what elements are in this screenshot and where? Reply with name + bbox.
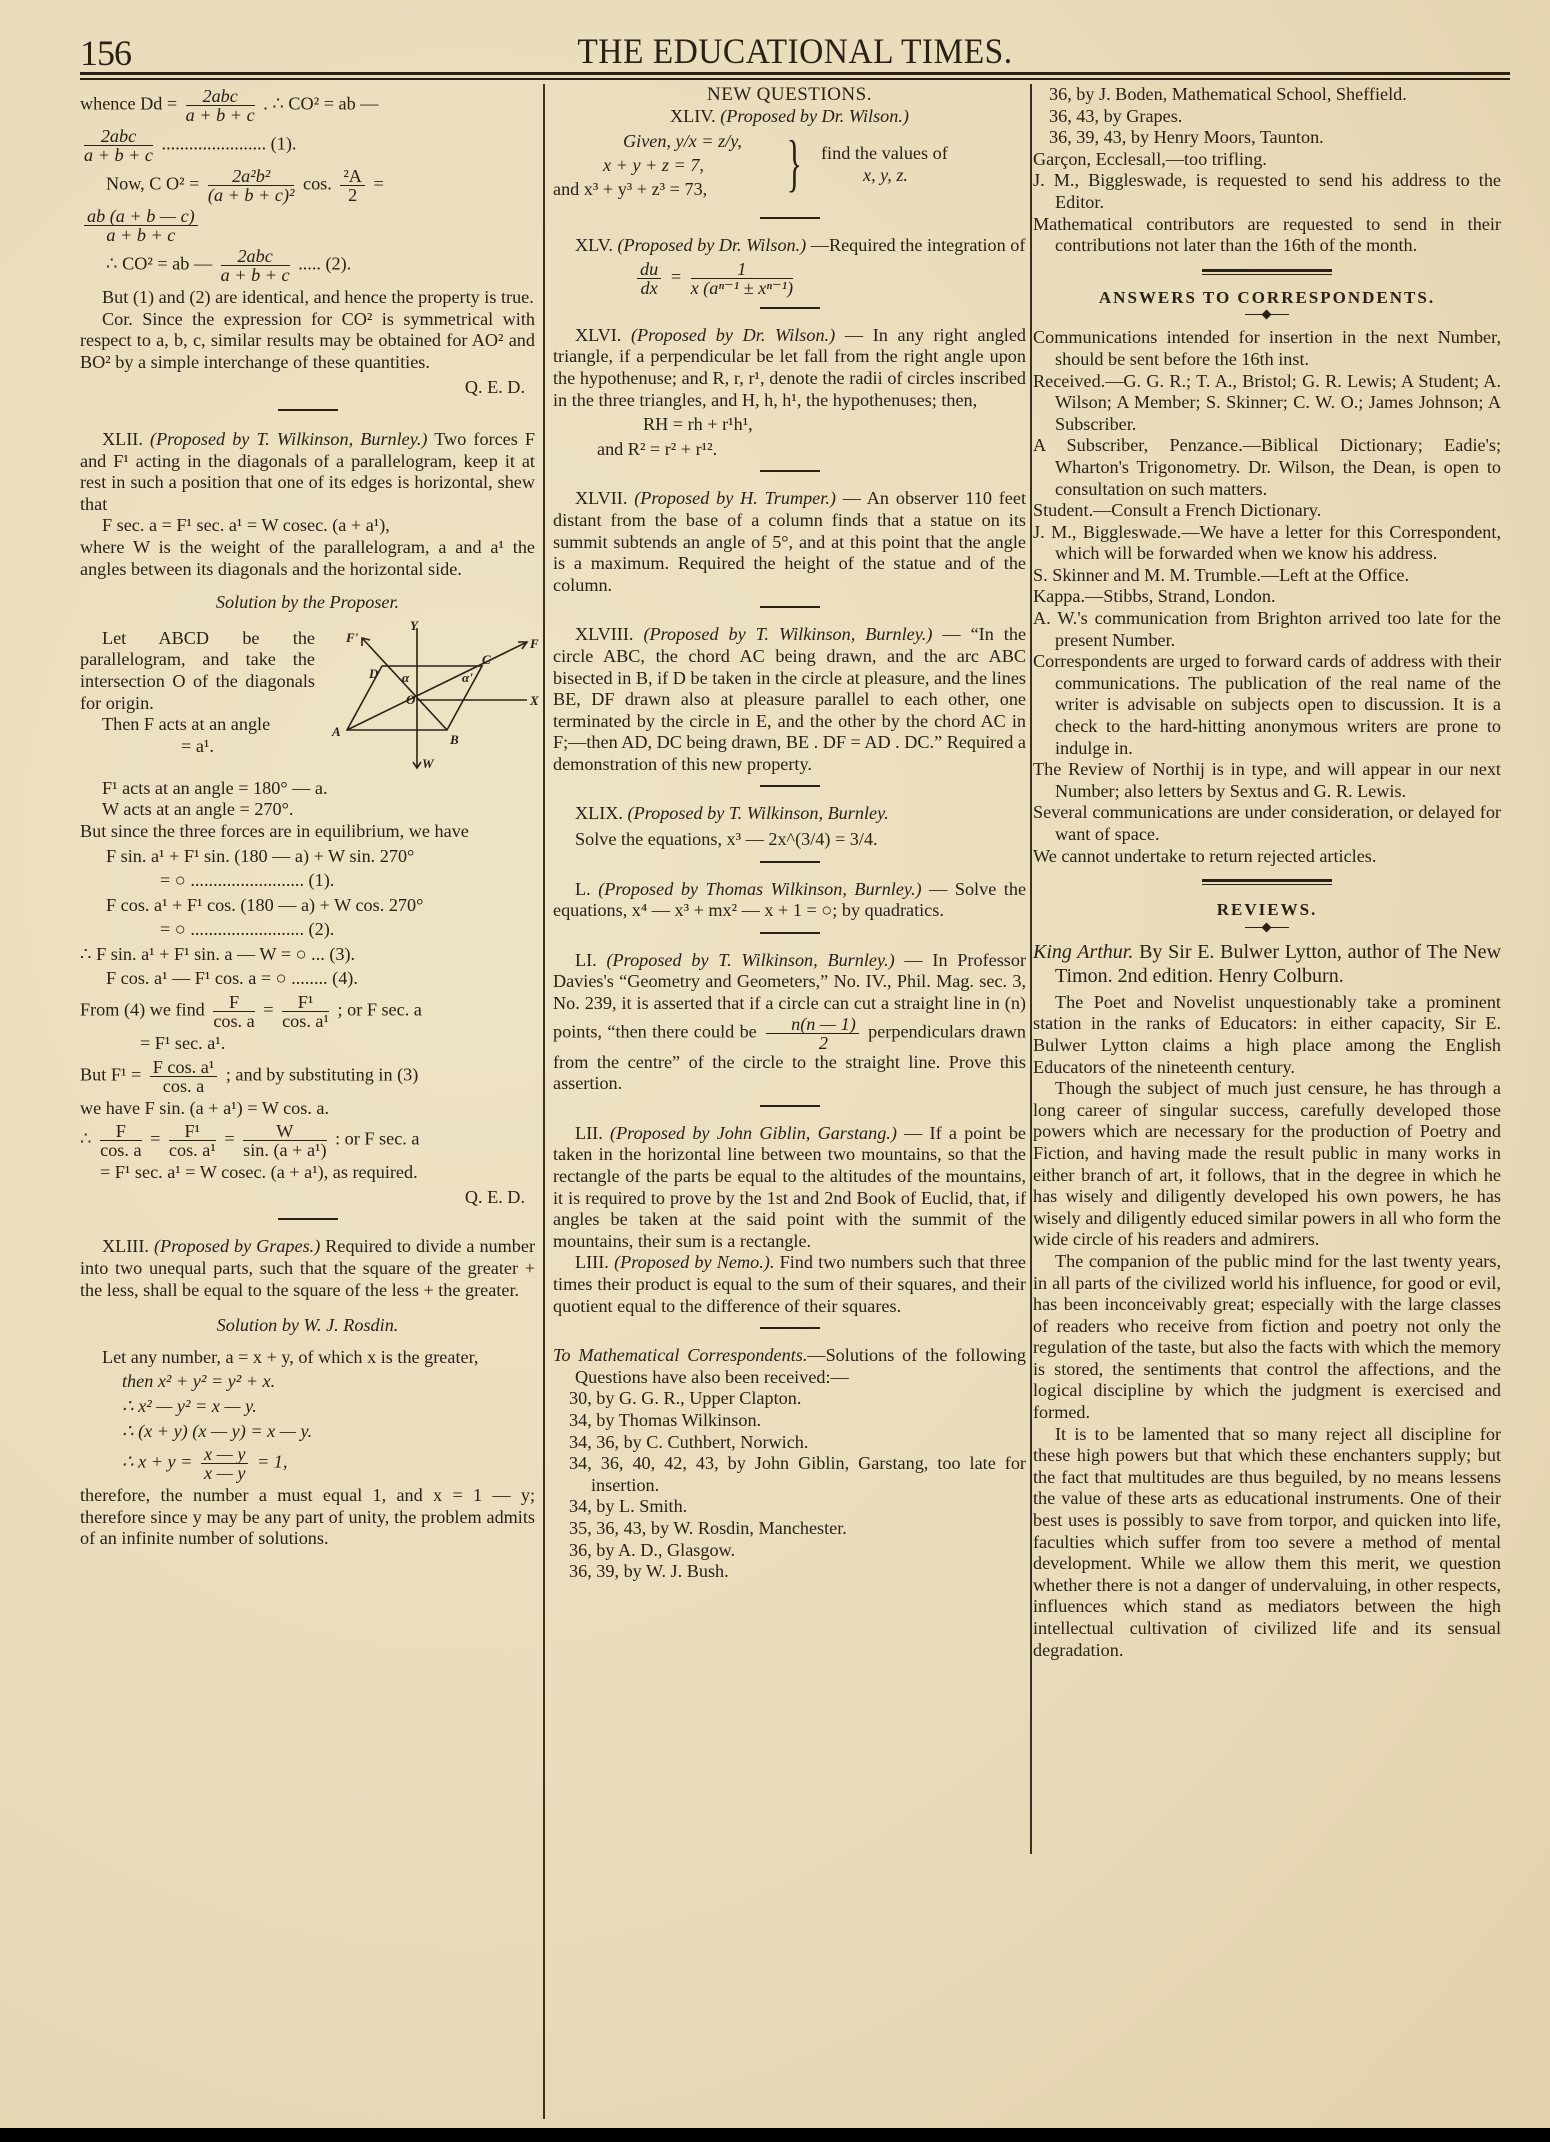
fraction: 2a²b²(a + b + c)² <box>208 167 295 204</box>
book-title: King Arthur. <box>1033 941 1133 963</box>
eq-text: = 1, <box>257 1452 287 1472</box>
paragraph: Cor. Since the expression for CO² is sym… <box>80 309 535 374</box>
fraction: Wsin. (a + a¹) <box>243 1122 326 1159</box>
separator-rule <box>760 470 820 472</box>
numerator: x — y <box>201 1445 248 1464</box>
question-text: where W is the weight of the parallelogr… <box>80 537 535 580</box>
numerator: F <box>213 993 254 1012</box>
equation: = ○ ......................... (2). <box>80 919 535 941</box>
proposer: (Proposed by Grapes.) <box>154 1236 320 1256</box>
question-text: Solve the equations, x³ — 2x^(3/4) = 3/4… <box>553 829 1026 851</box>
numerator: du <box>637 260 661 279</box>
equation-integral: dudx = 1x (aⁿ⁻¹ ± xⁿ⁻¹) <box>553 260 1026 297</box>
numerator: W <box>243 1122 326 1141</box>
separator-rule <box>760 861 820 863</box>
list-item: 35, 36, 43, by W. Rosdin, Manchester. <box>569 1518 1026 1540</box>
list-item: 36, by J. Boden, Mathematical School, Sh… <box>1049 84 1501 106</box>
qed: Q. E. D. <box>80 377 535 399</box>
question-number: XLIII. <box>102 1236 149 1256</box>
question-text: —Required the integration of <box>811 235 1026 255</box>
fraction: F¹cos. a¹ <box>169 1122 216 1159</box>
answer-item: A Subscriber, Penzance.—Biblical Diction… <box>1033 435 1501 500</box>
equation-1: 2abca + b + c ....................... (1… <box>80 127 535 164</box>
section-double-rule <box>1202 879 1332 885</box>
question-42: XLII. (Proposed by T. Wilkinson, Burnley… <box>80 429 535 515</box>
list-item: 34, 36, by C. Cuthbert, Norwich. <box>569 1432 1026 1454</box>
answer-item: A. W.'s communication from Brighton arri… <box>1033 608 1501 651</box>
proposer: (Proposed by T. Wilkinson, Burnley.) <box>643 624 932 644</box>
denominator: (a + b + c)² <box>208 186 295 204</box>
list-item: 34, 36, 40, 42, 43, by John Giblin, Gars… <box>569 1453 1026 1496</box>
question-text: find the values of <box>821 143 948 165</box>
fraction: F cos. a¹cos. a <box>150 1058 218 1095</box>
answer-item: Several communications are under conside… <box>1033 802 1501 845</box>
question-number: XLVII. <box>575 488 627 508</box>
numerator: 2abc <box>221 247 290 266</box>
question-number: XLII. <box>102 429 143 449</box>
question-53: LIII. (Proposed by Nemo.). Find two numb… <box>553 1252 1026 1317</box>
fraction: Fcos. a <box>213 993 254 1030</box>
diagram-section: Let ABCD be the parallelogram, and take … <box>80 620 535 770</box>
answer-item: Student.—Consult a French Dictionary. <box>1033 500 1501 522</box>
note: Mathematical contributors are requested … <box>1033 214 1501 257</box>
column-1: whence Dd = 2abca + b + c . ∴ CO² = ab —… <box>80 84 535 1550</box>
question-text: — “In the circle ABC, the chord AC being… <box>553 624 1026 774</box>
proposer: (Proposed by H. Trumper.) <box>634 488 836 508</box>
eq-text: ....................... (1). <box>162 134 297 154</box>
question-43: XLIII. (Proposed by Grapes.) Required to… <box>80 1236 535 1301</box>
list-item: 36, by A. D., Glasgow. <box>569 1540 1026 1562</box>
question-number: LI. <box>575 950 597 970</box>
separator-rule <box>278 409 338 411</box>
note: J. M., Biggleswade, is requested to send… <box>1033 170 1501 213</box>
answer-item: Correspondents are urged to forward card… <box>1033 651 1501 759</box>
equation-ab: ab (a + b — c)a + b + c <box>80 207 535 244</box>
equation-2: ∴ CO² = ab — 2abca + b + c ..... (2). <box>80 247 535 284</box>
numerator: F cos. a¹ <box>150 1058 218 1077</box>
page-header: 156 THE EDUCATIONAL TIMES. <box>80 28 1510 72</box>
diagram-text: Let ABCD be the parallelogram, and take … <box>80 628 315 758</box>
solution-heading: Solution by W. J. Rosdin. <box>80 1315 535 1337</box>
review-paragraph: It is to be lamented that so many reject… <box>1033 1424 1501 1662</box>
proposer: (Proposed by Dr. Wilson.) <box>631 325 835 345</box>
fraction: ²A2 <box>340 167 365 204</box>
column-divider-1 <box>543 84 545 2119</box>
equation: we have F sin. (a + a¹) = W cos. a. <box>80 1098 535 1120</box>
page-number: 156 <box>80 32 131 74</box>
paragraph: = a¹. <box>80 736 315 758</box>
question-number: L. <box>575 879 591 899</box>
equation: x + y + z = 7, <box>603 155 704 177</box>
separator-rule <box>760 785 820 787</box>
newspaper-page: 156 THE EDUCATIONAL TIMES. whence Dd = 2… <box>0 0 1550 2128</box>
eq-text: : or F sec. a <box>335 1129 419 1149</box>
numerator: 2a²b² <box>208 167 295 186</box>
paragraph: W acts at an angle = 270°. <box>80 799 535 821</box>
label-b: B <box>449 732 459 747</box>
equation: and x³ + y³ + z³ = 73, <box>553 179 707 201</box>
equation: and R² = r² + r¹². <box>553 439 1026 461</box>
answer-item: Communications intended for insertion in… <box>1033 327 1501 370</box>
fraction: x — yx — y <box>201 1445 248 1482</box>
question-number: XLIV. <box>670 106 716 126</box>
separator-rule <box>760 307 820 309</box>
review-book-heading: King Arthur. By Sir E. Bulwer Lytton, au… <box>1033 940 1501 988</box>
equation-3: ∴ F sin. a¹ + F¹ sin. a — W = ○ ... (3). <box>80 944 535 966</box>
fraction: ab (a + b — c)a + b + c <box>84 207 198 244</box>
denominator: 2 <box>340 186 365 204</box>
denominator: cos. a¹ <box>282 1012 329 1030</box>
question-48: XLVIII. (Proposed by T. Wilkinson, Burnl… <box>553 624 1026 775</box>
review-paragraph: Though the subject of much just censure,… <box>1033 1078 1501 1251</box>
denominator: a + b + c <box>84 226 198 244</box>
denominator: cos. a <box>150 1077 218 1095</box>
label-a: A <box>331 724 341 739</box>
proposer: (Proposed by T. Wilkinson, Burnley. <box>628 803 889 823</box>
review-paragraph: The Poet and Novelist unquestionably tak… <box>1033 992 1501 1078</box>
section-title-new-questions: NEW QUESTIONS. <box>553 84 1026 106</box>
fraction: 2abca + b + c <box>186 87 255 124</box>
numerator: F¹ <box>169 1122 216 1141</box>
fraction: 2abca + b + c <box>84 127 153 164</box>
equation-x-plus-y: ∴ x + y = x — yx — y = 1, <box>80 1445 535 1482</box>
question-number: LIII. <box>575 1252 609 1272</box>
note: Garçon, Ecclesall,—too trifling. <box>1033 149 1501 171</box>
eq-text: But F¹ = <box>80 1064 141 1084</box>
equation: F cos. a¹ + F¹ cos. (180 — a) + W cos. 2… <box>80 895 535 917</box>
answer-item: Received.—G. G. R.; T. A., Bristol; G. R… <box>1033 371 1501 436</box>
denominator: 2 <box>766 1034 859 1052</box>
eq-text: ; and by substituting in (3) <box>226 1064 418 1084</box>
proposer: (Proposed by John Giblin, Garstang.) <box>610 1123 897 1143</box>
eq-text: . ∴ CO² = ab — <box>263 94 378 114</box>
solutions-received-list: 30, by G. G. R., Upper Clapton. 34, by T… <box>553 1388 1026 1582</box>
eq-text: Now, C O² = <box>106 174 199 194</box>
proposer: (Proposed by T. Wilkinson, Burnley.) <box>150 429 427 449</box>
paragraph: Let ABCD be the parallelogram, and take … <box>80 628 315 714</box>
equation-now: Now, C O² = 2a²b²(a + b + c)² cos. ²A2 = <box>80 167 535 204</box>
numerator: ab (a + b — c) <box>84 207 198 226</box>
proposer: (Proposed by Dr. Wilson.) <box>617 235 806 255</box>
denominator: sin. (a + a¹) <box>243 1141 326 1159</box>
label-c: C <box>482 652 491 667</box>
eq-text: whence Dd = <box>80 94 177 114</box>
equation-but: But F¹ = F cos. a¹cos. a ; and by substi… <box>80 1058 535 1095</box>
answer-item: The Review of Northij is in type, and wi… <box>1033 759 1501 802</box>
ornament-rule-icon <box>1245 927 1289 928</box>
solutions-received-list-continued: 36, by J. Boden, Mathematical School, Sh… <box>1033 84 1501 149</box>
equation: F sec. a = F¹ sec. a¹ = W cosec. (a + a¹… <box>80 515 535 537</box>
equation-4: F cos. a¹ — F¹ cos. a = ○ ........ (4). <box>80 968 535 990</box>
section-double-rule <box>1202 269 1332 275</box>
equation: = ○ ......................... (1). <box>80 870 535 892</box>
eq-text: From (4) we find <box>80 1000 205 1020</box>
paragraph: Then F acts at an angle <box>80 714 315 736</box>
list-item: 30, by G. G. R., Upper Clapton. <box>569 1388 1026 1410</box>
equation: then x² + y² = y² + x. <box>80 1371 535 1393</box>
ornament-rule-icon <box>1245 314 1289 315</box>
fraction: 2abca + b + c <box>221 247 290 284</box>
question-number: LII. <box>575 1123 603 1143</box>
fraction: dudx <box>637 260 661 297</box>
question-47: XLVII. (Proposed by H. Trumper.) — An ob… <box>553 488 1026 596</box>
eq-text: = <box>373 174 383 194</box>
paragraph: But (1) and (2) are identical, and hence… <box>80 287 535 309</box>
section-title-reviews: REVIEWS. <box>1033 899 1501 921</box>
label-w: W <box>422 756 435 770</box>
label-y: Y <box>410 620 419 633</box>
eq-text: ..... (2). <box>298 254 351 274</box>
question-46: XLVI. (Proposed by Dr. Wilson.) — In any… <box>553 325 1026 411</box>
denominator: a + b + c <box>84 146 153 164</box>
answer-item: Kappa.—Stibbs, Strand, London. <box>1033 586 1501 608</box>
question-52: LII. (Proposed by John Giblin, Garstang.… <box>553 1123 1026 1253</box>
equation-from4: From (4) we find Fcos. a = F¹cos. a¹ ; o… <box>80 993 535 1030</box>
eq-text: ; or F sec. a <box>338 1000 422 1020</box>
proposer: (Proposed by T. Wilkinson, Burnley.) <box>607 950 895 970</box>
denominator: a + b + c <box>186 106 255 124</box>
numerator: ²A <box>340 167 365 186</box>
question-51: LI. (Proposed by T. Wilkinson, Burnley.)… <box>553 950 1026 1095</box>
label-o: O <box>406 692 416 707</box>
numerator: F¹ <box>282 993 329 1012</box>
label-f1: F' <box>345 630 359 645</box>
eq-text: cos. <box>303 174 336 194</box>
equation: RH = rh + r¹h¹, <box>553 414 1026 436</box>
question-number: XLIX. <box>575 803 623 823</box>
list-item: 36, 39, 43, by Henry Moors, Taunton. <box>1049 127 1501 149</box>
question-50: L. (Proposed by Thomas Wilkinson, Burnle… <box>553 879 1026 922</box>
equation: = F¹ sec. a¹ = W cosec. (a + a¹), as req… <box>80 1162 535 1184</box>
separator-rule <box>760 606 820 608</box>
paragraph: therefore, the number a must equal 1, an… <box>80 1485 535 1550</box>
answer-item: J. M., Biggleswade.—We have a letter for… <box>1033 522 1501 565</box>
separator-rule <box>278 1218 338 1220</box>
proposer: (Proposed by Dr. Wilson.) <box>720 106 909 126</box>
question-number: XLV. <box>575 235 613 255</box>
list-item: 36, 43, by Grapes. <box>1049 106 1501 128</box>
list-item: 34, by Thomas Wilkinson. <box>569 1410 1026 1432</box>
numerator: 2abc <box>186 87 255 106</box>
qed: Q. E. D. <box>80 1187 535 1209</box>
question-number: XLVI. <box>575 325 621 345</box>
numerator: n(n — 1) <box>766 1015 859 1034</box>
label-alpha: α <box>402 670 410 685</box>
question-45: XLV. (Proposed by Dr. Wilson.) —Required… <box>553 235 1026 257</box>
correspondents-intro: To Mathematical Correspondents.—Solution… <box>553 1345 1026 1388</box>
header-double-rule <box>80 72 1510 80</box>
denominator: dx <box>637 279 661 297</box>
denominator: a + b + c <box>221 266 290 284</box>
list-item: 36, 39, by W. J. Bush. <box>569 1561 1026 1583</box>
parallelogram-diagram: Y F' F D C α α' O X A B W <box>322 620 544 770</box>
variables: x, y, z. <box>863 165 908 187</box>
question-number: XLVIII. <box>575 624 633 644</box>
denominator: cos. a <box>213 1012 254 1030</box>
list-item: 34, by L. Smith. <box>569 1496 1026 1518</box>
eq-text: ∴ CO² = ab — <box>106 254 212 274</box>
separator-rule <box>760 217 820 219</box>
equation: Given, y/x = z/y, <box>623 131 742 153</box>
label-f: F <box>529 636 539 651</box>
denominator: x (aⁿ⁻¹ ± xⁿ⁻¹) <box>691 279 794 297</box>
solution-heading: Solution by the Proposer. <box>80 592 535 614</box>
numerator: F <box>100 1122 141 1141</box>
paragraph: But since the three forces are in equili… <box>80 821 535 843</box>
equation-final: ∴ Fcos. a = F¹cos. a¹ = Wsin. (a + a¹) :… <box>80 1122 535 1159</box>
masthead-title: THE EDUCATIONAL TIMES. <box>130 30 1460 72</box>
question-44-heading: XLIV. (Proposed by Dr. Wilson.) <box>553 106 1026 128</box>
answer-item: We cannot undertake to return rejected a… <box>1033 846 1501 868</box>
question-44-system: Given, y/x = z/y, x + y + z = 7, and x³ … <box>553 127 1026 207</box>
label-alpha1: α' <box>462 670 473 685</box>
proposer: (Proposed by Nemo.). <box>614 1252 774 1272</box>
correspondents-heading: To Mathematical Correspondents. <box>553 1345 807 1365</box>
equation: ∴ (x + y) (x — y) = x — y. <box>80 1421 535 1443</box>
separator-rule <box>760 932 820 934</box>
review-paragraph: The companion of the public mind for the… <box>1033 1251 1501 1424</box>
denominator: cos. a¹ <box>169 1141 216 1159</box>
therefore-sign: ∴ <box>80 1129 96 1149</box>
section-title-answers: ANSWERS TO CORRESPONDENTS. <box>1033 287 1501 309</box>
question-49: XLIX. (Proposed by T. Wilkinson, Burnley… <box>553 803 1026 825</box>
numerator: 1 <box>691 260 794 279</box>
separator-rule <box>760 1327 820 1329</box>
separator-rule <box>760 1105 820 1107</box>
denominator: x — y <box>201 1464 248 1482</box>
numerator: 2abc <box>84 127 153 146</box>
paragraph: Let any number, a = x + y, of which x is… <box>80 1347 535 1369</box>
denominator: cos. a <box>100 1141 141 1159</box>
equation-whence: whence Dd = 2abca + b + c . ∴ CO² = ab — <box>80 87 535 124</box>
equation: = F¹ sec. a¹. <box>80 1033 535 1055</box>
equation: ∴ x² — y² = x — y. <box>80 1396 535 1418</box>
label-x: X <box>529 693 539 708</box>
eq-text: ∴ x + y = <box>122 1452 192 1472</box>
paragraph: F¹ acts at an angle = 180° — a. <box>80 778 535 800</box>
fraction: n(n — 1)2 <box>766 1015 859 1052</box>
equation: F sin. a¹ + F¹ sin. (180 — a) + W sin. 2… <box>80 846 535 868</box>
fraction: 1x (aⁿ⁻¹ ± xⁿ⁻¹) <box>691 260 794 297</box>
label-d: D <box>368 666 379 681</box>
column-2: NEW QUESTIONS. XLIV. (Proposed by Dr. Wi… <box>553 84 1026 1583</box>
brace-icon: } <box>787 127 802 199</box>
column-divider-2 <box>1030 84 1032 1854</box>
fraction: Fcos. a <box>100 1122 141 1159</box>
fraction: F¹cos. a¹ <box>282 993 329 1030</box>
column-3: 36, by J. Boden, Mathematical School, Sh… <box>1033 84 1501 1661</box>
proposer: (Proposed by Thomas Wilkinson, Burnley.) <box>598 879 921 899</box>
answer-item: S. Skinner and M. M. Trumble.—Left at th… <box>1033 565 1501 587</box>
